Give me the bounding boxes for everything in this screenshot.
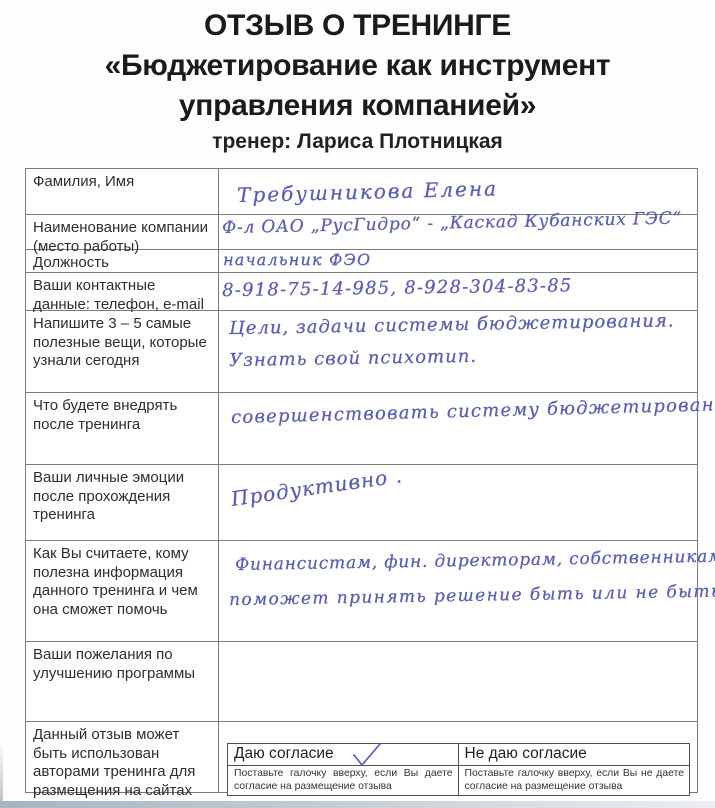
handwritten-benefits-line2: поможет принять решение быть или не быть… [229,581,715,610]
table-row-position: Должность начальник ФЭО [26,250,697,273]
training-subtitle-line2: управления компанией» [0,86,715,126]
handwritten-benefits-line1: Финансистам, фин. директорам, собственни… [235,546,715,575]
field-label-implement: Что будете внедрять после тренинга [26,393,219,464]
field-value-emotions: Продуктивно . [219,465,697,540]
field-label-who-benefits: Как Вы считаете, кому полезна информация… [26,541,219,641]
table-row-name: Фамилия, Имя Требушникова Елена [26,169,697,215]
scanned-feedback-form: ОТЗЫВ О ТРЕНИНГЕ «Бюджетирование как инс… [0,0,715,808]
field-label-consent: Данный отзыв может быть использован авто… [26,722,219,792]
scan-edge-artifact-left [0,741,3,801]
field-label-suggestions: Ваши пожелания по улучшению программы [26,642,219,721]
table-row-emotions: Ваши личные эмоции после прохождения тре… [26,465,697,541]
field-value-suggestions [219,642,697,721]
field-label-name: Фамилия, Имя [26,169,219,214]
table-row-implement: Что будете внедрять после тренинга совер… [26,393,697,465]
page-title: ОТЗЫВ О ТРЕНИНГЕ [0,6,715,46]
field-value-useful-things: Цели, задачи системы бюджетирования. Узн… [219,311,697,392]
field-value-company: Ф-л ОАО „РусГидро“ - „Каскад Кубанских Г… [219,215,697,249]
handwritten-implement: совершенствовать систему бюджетирования. [231,393,715,428]
field-label-company: Наименование компании (место работы) [26,215,219,249]
field-label-emotions: Ваши личные эмоции после прохождения тре… [26,465,219,540]
consent-agree-note: Поставьте галочку вверху, если Вы даете … [228,766,458,795]
table-row-contacts: Ваши контактные данные: телефон, e-mail … [26,273,697,311]
field-value-name: Требушникова Елена [219,169,697,214]
handwritten-phone-numbers: 8-918-75-14-985, 8-928-304-83-85 [222,275,573,301]
consent-agree-cell: Даю согласие Поставьте галочку вверху, е… [228,744,459,795]
handwritten-position: начальник ФЭО [223,250,371,269]
field-value-position: начальник ФЭО [219,250,697,272]
form-header: ОТЗЫВ О ТРЕНИНГЕ «Бюджетирование как инс… [0,0,715,157]
consent-agree-label: Даю согласие [234,745,334,762]
consent-disagree-cell: Не даю согласие Поставьте галочку вверху… [459,744,690,795]
handwritten-useful-line1: Цели, задачи системы бюджетирования. [229,310,675,339]
handwritten-name: Требушникова Елена [237,176,499,207]
field-label-position: Должность [26,250,219,272]
consent-agree-header: Даю согласие [228,744,458,766]
handwritten-emotions: Продуктивно . [229,463,404,511]
field-value-implement: совершенствовать систему бюджетирования. [219,393,697,464]
consent-disagree-note: Поставьте галочку вверху, если Вы не дае… [459,766,690,795]
table-row-who-benefits: Как Вы считаете, кому полезна информация… [26,541,697,642]
consent-disagree-label: Не даю согласие [465,745,587,762]
checkmark-icon [350,742,384,773]
table-row-useful-things: Напишите 3 – 5 самые полезные вещи, кото… [26,311,697,393]
trainer-name: тренер: Лариса Плотницкая [0,126,715,157]
table-row-suggestions: Ваши пожелания по улучшению программы [26,642,697,722]
table-row-company: Наименование компании (место работы) Ф-л… [26,215,697,250]
field-label-useful-things: Напишите 3 – 5 самые полезные вещи, кото… [26,311,219,392]
feedback-table: Фамилия, Имя Требушникова Елена Наименов… [25,168,698,793]
consent-table: Даю согласие Поставьте галочку вверху, е… [227,743,690,796]
handwritten-useful-line2: Узнать свой психотип. [229,346,477,371]
field-value-who-benefits: Финансистам, фин. директорам, собственни… [219,541,697,641]
scan-edge-artifact-bottom [0,801,715,808]
field-label-contacts: Ваши контактные данные: телефон, e-mail [26,273,219,310]
table-row-consent: Данный отзыв может быть использован авто… [26,722,697,792]
training-subtitle-line1: «Бюджетирование как инструмент [0,46,715,86]
field-value-consent: Даю согласие Поставьте галочку вверху, е… [219,722,697,792]
consent-disagree-header: Не даю согласие [459,744,690,766]
field-value-contacts: 8-918-75-14-985, 8-928-304-83-85 [219,273,697,310]
